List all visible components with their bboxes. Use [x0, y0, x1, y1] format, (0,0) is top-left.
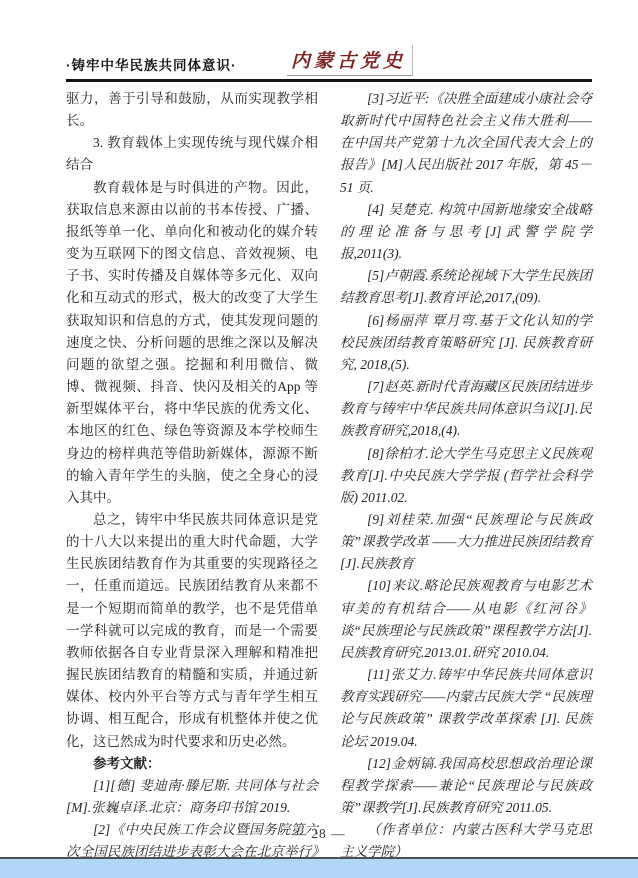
paragraph: [7]赵英.新时代青海藏区民族团结进步教育与铸牢中华民族共同体意识刍议[J].民…	[340, 376, 592, 442]
paragraph: [12]金炳镐.我国高校思想政治理论课程教学探索——兼论“民族理论与民族政策”课…	[340, 753, 592, 819]
page-number: — 28 —	[0, 826, 638, 842]
paragraph: [5]卢朝霞.系统论视域下大学生民族团结教育思考[J].教育评论,2017,(0…	[340, 265, 592, 309]
paragraph: [8]徐柏才.论大学生马克思主义民族观教育[J].中央民族大学学报 (哲学社会科…	[340, 443, 592, 509]
paragraph: 总之，铸牢中华民族共同体意识是党的十八大以来提出的重大时代命题，大学生民族团结教…	[66, 509, 318, 753]
footer-bar	[0, 857, 638, 878]
paragraph: [9]刘桂荣.加强“民族理论与民族政策”课教学改革 ——大力推进民族团结教育[J…	[340, 509, 592, 575]
column-title: ·铸牢中华民族共同体意识·	[66, 54, 237, 74]
paragraph: 3. 教育载体上实现传统与现代媒介相结合	[66, 132, 318, 176]
paragraph: [10]来议.略论民族观教育与电影艺术审美的有机结合——从电影《红河谷》谈“民族…	[340, 575, 592, 664]
references-list-right: [3]习近平:《决胜全面建成小康社会夺取新时代中国特色社会主义伟大胜利——在中国…	[340, 88, 592, 819]
header-rule	[66, 79, 592, 82]
journal-logo-calligraphy: 内蒙古党史	[287, 45, 413, 76]
left-column: 驱力，善于引导和鼓励，从而实现教学相长。3. 教育载体上实现传统与现代媒介相结合…	[66, 88, 318, 822]
paragraph: 教育载体是与时俱进的产物。因此，获取信息来源由以前的书本传授、广播、报纸等单一化…	[66, 177, 318, 509]
paragraph: 驱力，善于引导和鼓励，从而实现教学相长。	[66, 88, 318, 132]
paragraph: [1][德] 斐迪南·滕尼斯. 共同体与社会[M].张巍卓译.北京：商务印书馆 …	[66, 775, 318, 819]
references-heading: 参考文献：	[66, 753, 318, 775]
journal-page: ·铸牢中华民族共同体意识· 内蒙古党史 驱力，善于引导和鼓励，从而实现教学相长。…	[0, 0, 638, 878]
two-column-body: 驱力，善于引导和鼓励，从而实现教学相长。3. 教育载体上实现传统与现代媒介相结合…	[66, 88, 592, 822]
body-paragraphs: 驱力，善于引导和鼓励，从而实现教学相长。3. 教育载体上实现传统与现代媒介相结合…	[66, 88, 318, 753]
paragraph: [11]张艾力.铸牢中华民族共同体意识教育实践研究——内蒙古民族大学 “民族理论…	[340, 664, 592, 753]
paragraph: [6]杨丽萍 覃月弯.基于文化认知的学校民族团结教育策略研究 [J]. 民族教育…	[340, 310, 592, 376]
paragraph: [4] 吴楚克. 构筑中国新地缘安全战略的理论准备与思考[J]武警学院学报,20…	[340, 199, 592, 265]
page-header: ·铸牢中华民族共同体意识· 内蒙古党史	[66, 44, 592, 78]
paragraph: [3]习近平:《决胜全面建成小康社会夺取新时代中国特色社会主义伟大胜利——在中国…	[340, 88, 592, 199]
right-column: [3]习近平:《决胜全面建成小康社会夺取新时代中国特色社会主义伟大胜利——在中国…	[340, 88, 592, 822]
